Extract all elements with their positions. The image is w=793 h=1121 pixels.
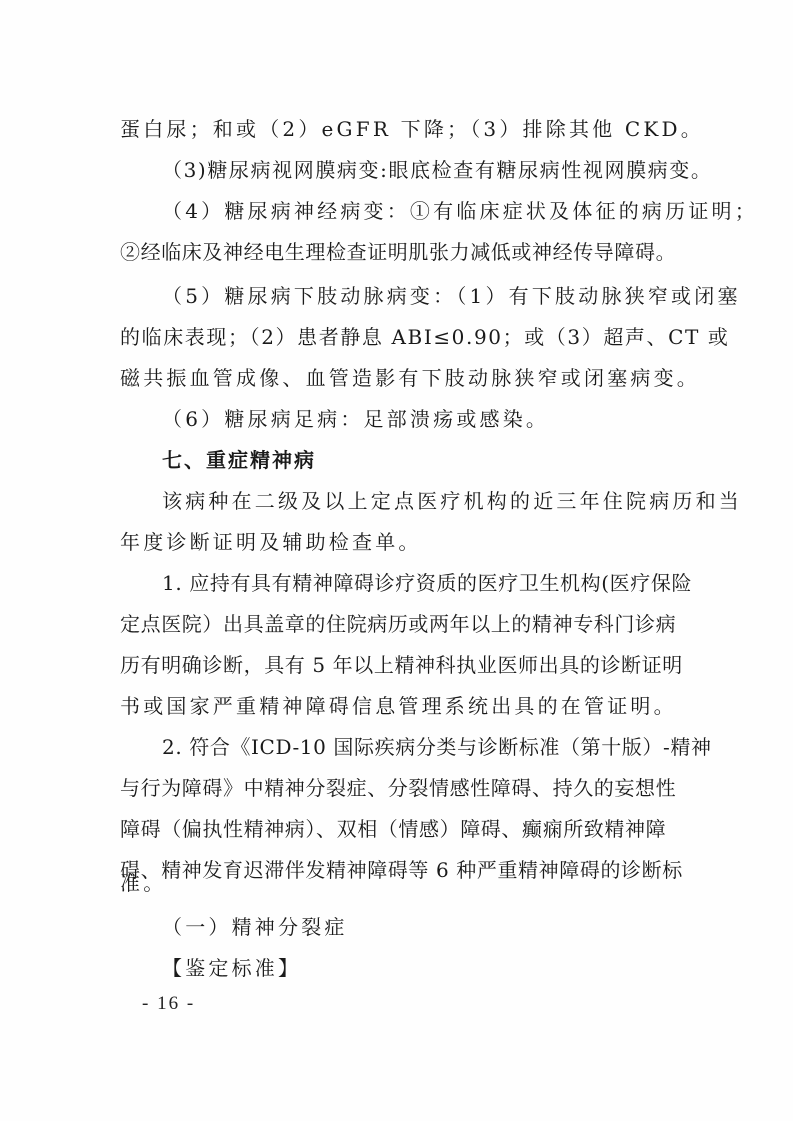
paragraph-diabetic-foot: （6）糖尿病足病：足部溃疡或感染。 — [162, 406, 549, 432]
paragraph-item-2-cont-1: 与行为障碍》中精神分裂症、分裂情感性障碍、持久的妄想性 — [120, 775, 676, 801]
label-assessment-criteria: 【鉴定标准】 — [162, 955, 301, 981]
paragraph-item-2-cont-4: 准。 — [120, 870, 166, 896]
section-heading-severe-mental-illness: 七、重症精神病 — [162, 447, 316, 473]
document-page: 蛋白尿；和或（2）eGFR 下降；（3）排除其他 CKD。 （3)糖尿病视网膜病… — [0, 0, 793, 1121]
paragraph-item-1-cont-2: 历有明确诊断，具有 5 年以上精神科执业医师出具的诊断证明 — [120, 652, 683, 678]
paragraph-diabetic-neuropathy: （4）糖尿病神经病变：①有临床症状及体征的病历证明； — [162, 198, 758, 224]
paragraph-lower-limb-arterial-cont-1: 的临床表现；（2）患者静息 ABI≤0.90；或（3）超声、CT 或 — [120, 324, 730, 350]
paragraph-diabetic-neuropathy-cont: ②经临床及神经电生理检查证明肌张力减低或神经传导障碍。 — [120, 239, 676, 265]
paragraph-lower-limb-arterial-cont-2: 磁共振血管成像、血管造影有下肢动脉狭窄或闭塞病变。 — [120, 365, 700, 391]
paragraph-item-1-cont-1: 定点医院）出具盖章的住院病历或两年以上的精神专科门诊病 — [120, 611, 676, 637]
paragraph-diabetic-retinopathy: （3)糖尿病视网膜病变:眼底检查有糖尿病性视网膜病变。 — [162, 157, 712, 183]
paragraph-item-2-cont-3: 碍、精神发育迟滞伴发精神障碍等 6 种严重精神障碍的诊断标 — [120, 857, 683, 883]
paragraph-intro-cont: 年度诊断证明及辅助检查单。 — [120, 529, 422, 555]
paragraph-lower-limb-arterial: （5）糖尿病下肢动脉病变：（1）有下肢动脉狭窄或闭塞 — [162, 283, 741, 309]
paragraph-line-ckd-criteria: 蛋白尿；和或（2）eGFR 下降；（3）排除其他 CKD。 — [120, 116, 704, 142]
paragraph-intro: 该病种在二级及以上定点医疗机构的近三年住院病历和当 — [162, 488, 742, 514]
page-number: - 16 - — [142, 993, 195, 1015]
paragraph-item-2-cont-2: 障碍（偏执性精神病）、双相（情感）障碍、癫痫所致精神障 — [120, 816, 666, 842]
subsection-heading-schizophrenia: （一）精神分裂症 — [162, 914, 348, 940]
paragraph-item-2: 2. 符合《ICD-10 国际疾病分类与诊断标准（第十版）-精神 — [162, 734, 712, 760]
paragraph-item-1: 1. 应持有具有精神障碍诊疗资质的医疗卫生机构(医疗保险 — [162, 570, 692, 596]
paragraph-item-1-cont-3: 书或国家严重精神障碍信息管理系统出具的在管证明。 — [120, 693, 677, 719]
